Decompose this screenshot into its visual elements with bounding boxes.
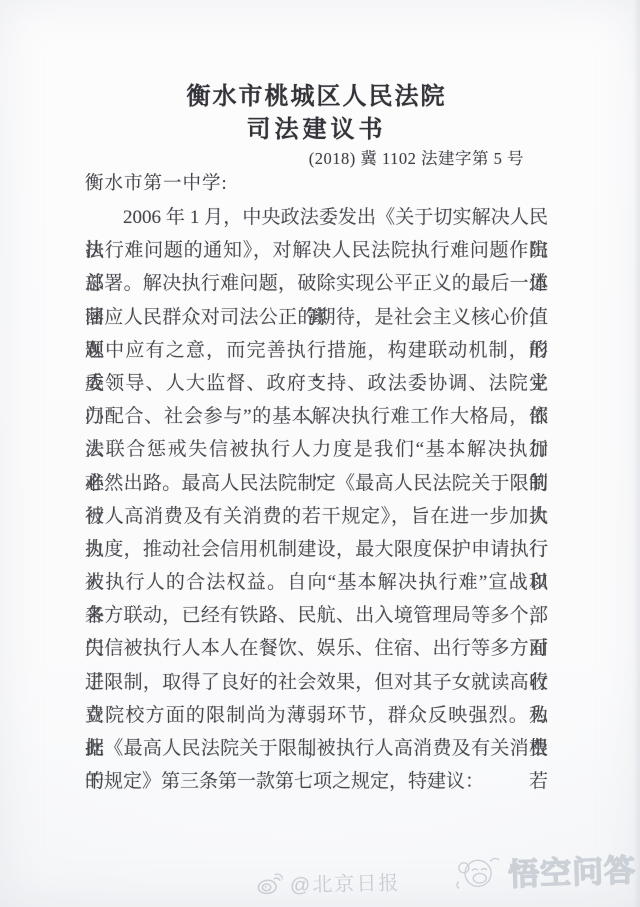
body-line: 2006 年 1 月，中央政法委发出《关于切实解决人民法院 [85, 201, 548, 234]
body-line: 大联合惩戒失信被执行人力度是我们“基本解决执行难”的 [85, 433, 548, 466]
wukong-watermark: 悟空问答 [453, 845, 636, 896]
body-line: 门配合、社会参与”的基本解决执行难工作大格局，依法加 [85, 400, 548, 433]
weibo-watermark: @北京日报 [256, 866, 401, 898]
monkey-face-icon [453, 850, 507, 896]
body-line: 力度，推动社会信用机制建设，最大限度保护申请执行人和 [85, 533, 548, 566]
body-line: 各方联动，已经有铁路、民航、出入境管理局等多个部门对 [85, 599, 548, 632]
weibo-icon [256, 872, 283, 895]
document-photo: 衡水市桃城区人民法院 司法建议书 (2018) 冀 1102 法建字第 5 号 … [0, 0, 640, 907]
document-type-title: 司法建议书 [85, 109, 548, 144]
weibo-handle-label: @北京日报 [290, 866, 401, 897]
body-line: 被执行人的合法权益。自向“基本解决执行难”宣战以来， [85, 566, 548, 599]
body-line: 必然出路。最高人民法院制定《最高人民法院关于限制被执 [85, 467, 548, 500]
body-line: 题中应有之意，而完善执行措施，构建联动机制，形成“党 [85, 334, 548, 367]
body-line: 行人高消费及有关消费的若干规定》，旨在进一步加大执行 [85, 500, 548, 533]
body-line: 立院校方面的限制尚为薄弱环节，群众反映强烈。为此，根 [85, 699, 548, 732]
body-line: 了限制，取得了良好的社会效果，但对其子女就读高收费私 [85, 666, 548, 699]
court-name-title: 衡水市桃城区人民法院 [85, 76, 548, 111]
body-line: 部署。解决执行难问题，破除实现公平正义的最后一道藩篱， [85, 267, 548, 300]
judicial-letter: 衡水市桃城区人民法院 司法建议书 (2018) 冀 1102 法建字第 5 号 … [85, 0, 548, 907]
body-line: 执行难问题的通知》，对解决人民法院执行难问题作出总体 [85, 234, 548, 267]
document-body: 2006 年 1 月，中央政法委发出《关于切实解决人民法院执行难问题的通知》，对… [85, 201, 548, 798]
body-line: 失信被执行人本人在餐饮、娱乐、住宿、出行等多方面进行 [85, 632, 548, 665]
document-number: (2018) 冀 1102 法建字第 5 号 [85, 145, 548, 169]
wukong-logo-text: 悟空问答 [507, 845, 636, 894]
addressee: 衡水市第一中学: [85, 169, 228, 195]
body-line: 回应人民群众对司法公正的期待，是社会主义核心价值观的 [85, 301, 548, 334]
body-line: 据《最高人民法院关于限制被执行人高消费及有关消费的若 [85, 732, 548, 765]
body-line: 干规定》第三条第一款第七项之规定，特建议： [85, 765, 548, 798]
body-line: 委领导、人大监督、政府支持、政法委协调、法院主办、部 [85, 367, 548, 400]
